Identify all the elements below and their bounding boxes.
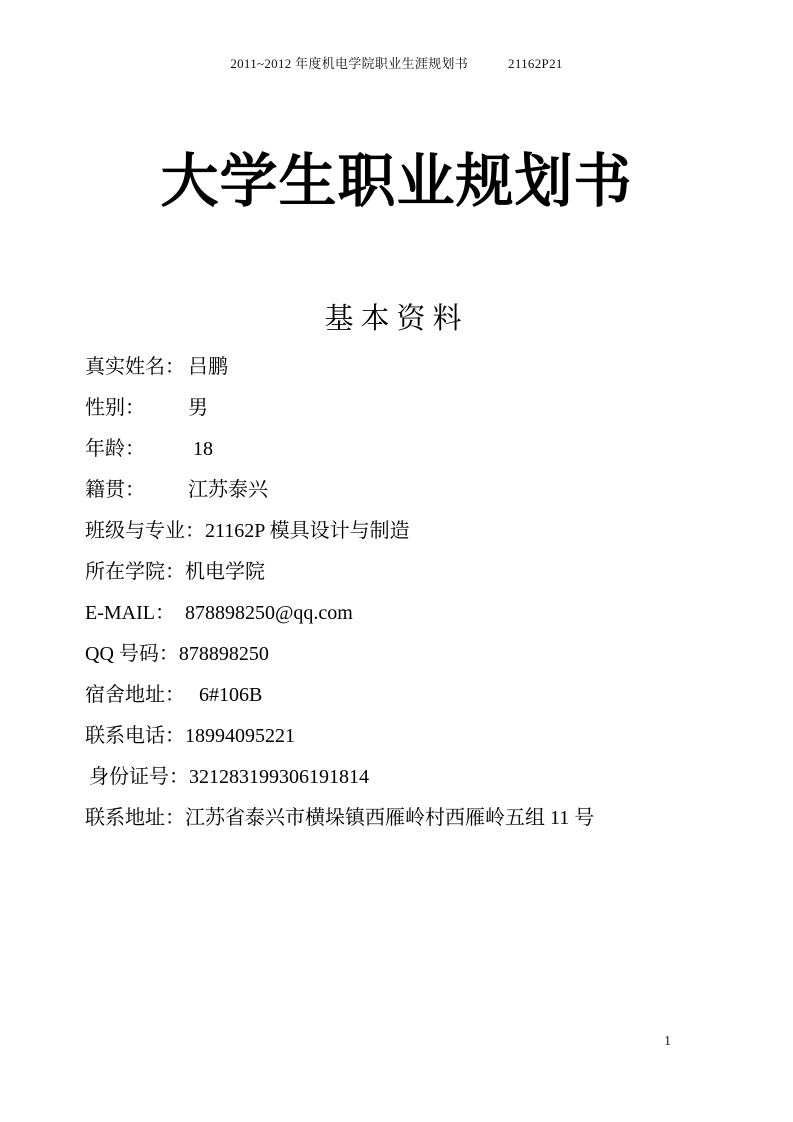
field-value: 吕鹏 [188, 354, 228, 381]
field-value: 江苏省泰兴市横垛镇西雁岭村西雁岭五组 11 号 [185, 805, 594, 832]
field-label: 身份证号： [89, 764, 189, 791]
field-row-real-name: 真实姓名： 吕鹏 [85, 354, 733, 395]
field-label: 所在学院： [85, 559, 185, 586]
field-value: 18 [193, 436, 213, 463]
field-value: 6#106B [199, 682, 262, 709]
section-heading: 基本资料 [0, 296, 793, 337]
field-label: 宿舍地址： [85, 682, 185, 709]
document-page: 2011~2012 年度机电学院职业生涯规划书 21162P21 大学生职业规划… [0, 0, 793, 1122]
field-label: 性别： [85, 395, 188, 422]
header-document-title: 2011~2012 年度机电学院职业生涯规划书 [230, 53, 468, 72]
field-label: QQ 号码： [85, 641, 179, 668]
field-row-class-major: 班级与专业： 21162P 模具设计与制造 [85, 518, 733, 559]
page-number: 1 [664, 1034, 671, 1050]
field-label: 籍贯： [85, 477, 188, 504]
field-value: 男 [188, 395, 208, 422]
field-row-phone: 联系电话： 18994095221 [85, 723, 733, 764]
basic-info-list: 真实姓名： 吕鹏 性别： 男 年龄： 18 籍贯： 江苏泰兴 班级与专业： 21… [85, 354, 733, 846]
field-row-contact-address: 联系地址： 江苏省泰兴市横垛镇西雁岭村西雁岭五组 11 号 [85, 805, 733, 846]
field-row-gender: 性别： 男 [85, 395, 733, 436]
field-label: 联系地址： [85, 805, 185, 832]
field-label: E-MAIL： [85, 600, 175, 627]
field-value: 机电学院 [185, 559, 265, 586]
field-label: 年龄： [85, 436, 188, 463]
field-label: 班级与专业： [85, 518, 205, 545]
field-row-native-place: 籍贯： 江苏泰兴 [85, 477, 733, 518]
document-title: 大学生职业规划书 [0, 134, 793, 218]
field-label: 真实姓名： [85, 354, 188, 381]
field-value: 18994095221 [185, 723, 295, 750]
field-label: 联系电话： [85, 723, 185, 750]
field-value: 878898250 [179, 641, 269, 668]
field-row-id-number: 身份证号： 321283199306191814 [85, 764, 733, 805]
field-value: 321283199306191814 [189, 764, 369, 791]
field-row-qq: QQ 号码： 878898250 [85, 641, 733, 682]
header-class-code: 21162P21 [508, 56, 563, 72]
field-row-age: 年龄： 18 [85, 436, 733, 477]
field-row-email: E-MAIL： 878898250@qq.com [85, 600, 733, 641]
field-value: 21162P 模具设计与制造 [205, 518, 410, 545]
field-value: 878898250@qq.com [185, 600, 353, 627]
field-value: 江苏泰兴 [188, 477, 268, 504]
page-header: 2011~2012 年度机电学院职业生涯规划书 21162P21 [0, 53, 793, 72]
field-row-college: 所在学院： 机电学院 [85, 559, 733, 600]
field-row-dorm-address: 宿舍地址： 6#106B [85, 682, 733, 723]
